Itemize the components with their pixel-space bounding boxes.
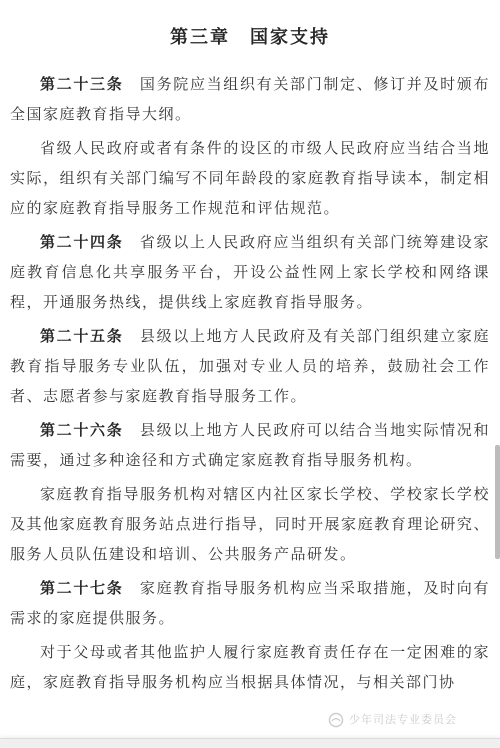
article-paragraph: 第二十三条国务院应当组织有关部门制定、修订并及时颁布全国家庭教育指导大纲。: [10, 70, 490, 130]
article-paragraph: 家庭教育指导服务机构对辖区内社区家长学校、学校家长学校及其他家庭教育服务站点进行…: [10, 480, 490, 570]
article-paragraph: 对于父母或者其他监护人履行家庭教育责任存在一定困难的家庭，家庭教育指导服务机构应…: [10, 638, 490, 698]
article-paragraph: 第二十五条县级以上地方人民政府及有关部门组织建立家庭教育指导服务专业队伍，加强对…: [10, 322, 490, 412]
article-paragraph: 省级人民政府或者有条件的设区的市级人民政府应当结合当地实际，组织有关部门编写不同…: [10, 134, 490, 224]
article-paragraph: 第二十七条家庭教育指导服务机构应当采取措施，及时向有需求的家庭提供服务。: [10, 574, 490, 634]
article-page: 第三章 国家支持 第二十三条国务院应当组织有关部门制定、修订并及时颁布全国家庭教…: [0, 0, 500, 748]
article-text: 家庭教育指导服务机构对辖区内社区家长学校、学校家长学校及其他家庭教育服务站点进行…: [10, 487, 490, 563]
article-number-label: 第二十六条: [40, 423, 123, 439]
article-text: 对于父母或者其他监护人履行家庭教育责任存在一定困难的家庭，家庭教育指导服务机构应…: [10, 645, 490, 691]
article-text: 省级人民政府或者有条件的设区的市级人民政府应当结合当地实际，组织有关部门编写不同…: [10, 141, 490, 217]
article-number-label: 第二十四条: [40, 235, 123, 251]
article-number-label: 第二十五条: [40, 329, 123, 345]
article-number-label: 第二十七条: [40, 581, 123, 597]
article-paragraph: 第二十六条县级以上地方人民政府可以结合当地实际情况和需要，通过多种途径和方式确定…: [10, 416, 490, 476]
committee-logo-icon: [328, 712, 344, 728]
article-content: 第三章 国家支持 第二十三条国务院应当组织有关部门制定、修订并及时颁布全国家庭教…: [0, 0, 500, 748]
bottom-bar: [0, 738, 500, 748]
watermark: 少年司法专业委员会: [328, 711, 457, 729]
chapter-title: 第三章 国家支持: [10, 24, 490, 50]
scrollbar-thumb[interactable]: [495, 445, 500, 559]
article-paragraph: 第二十四条省级以上人民政府应当组织有关部门统筹建设家庭教育信息化共享服务平台，开…: [10, 228, 490, 318]
watermark-text: 少年司法专业委员会: [349, 711, 457, 729]
article-number-label: 第二十三条: [40, 77, 123, 93]
